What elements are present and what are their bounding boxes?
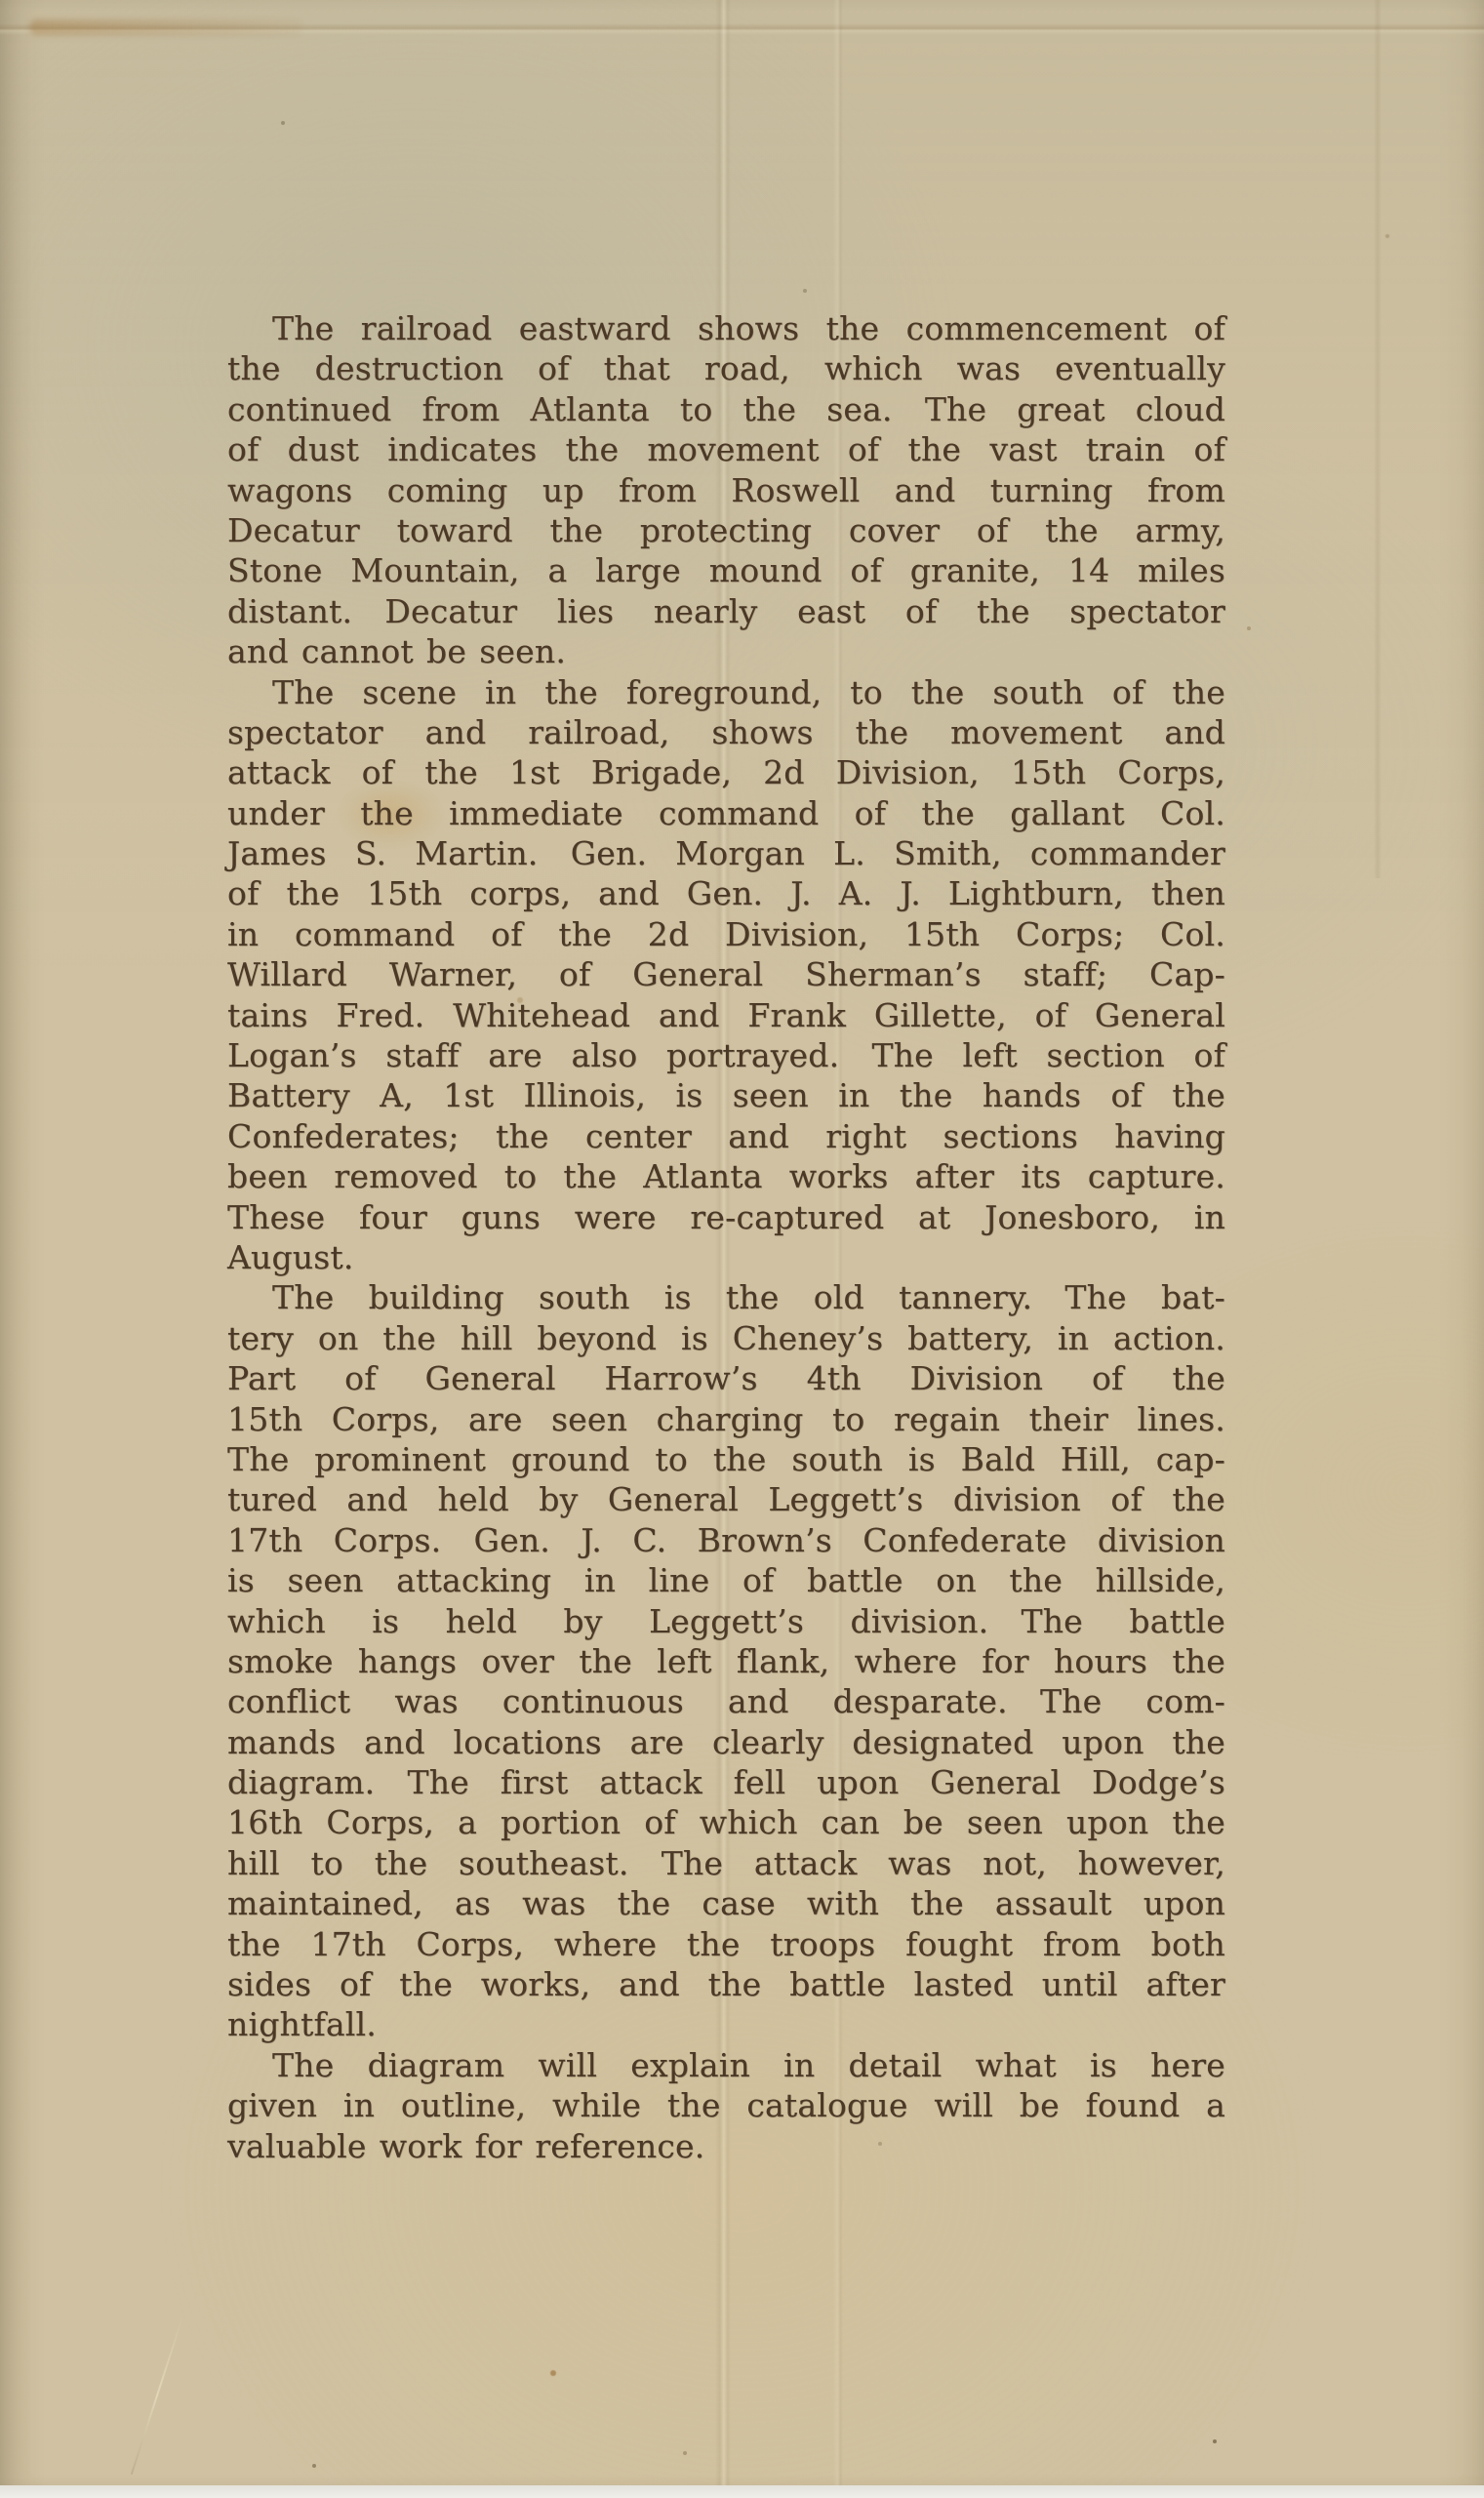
- text-line: the destruction of that road, which was …: [227, 348, 1225, 388]
- text-line: distant. Decatur lies nearly east of the…: [227, 591, 1225, 631]
- text-line: Decatur toward the protecting cover of t…: [227, 510, 1225, 550]
- text-line: under the immediate command of the galla…: [227, 793, 1225, 833]
- text-block: The railroad eastward shows the commence…: [227, 308, 1225, 2166]
- text-line: tured and held by General Leggett’s divi…: [227, 1479, 1225, 1519]
- text-line: 15th Corps, are seen charging to regain …: [227, 1399, 1225, 1439]
- text-line: The prominent ground to the south is Bal…: [227, 1439, 1225, 1479]
- text-line: Battery A, 1st Illinois, is seen in the …: [227, 1075, 1225, 1115]
- stain-top-left: [29, 20, 302, 35]
- text-line: The scene in the foreground, to the sout…: [227, 672, 1225, 712]
- text-line: valuable work for reference.: [227, 2126, 1225, 2166]
- foxing-specks: [0, 0, 4, 4]
- text-line: 16th Corps, a portion of which can be se…: [227, 1802, 1225, 1842]
- text-line: Logan’s staff are also portrayed. The le…: [227, 1035, 1225, 1075]
- text-line: Part of General Harrow’s 4th Division of…: [227, 1358, 1225, 1398]
- text-line: hill to the southeast. The attack was no…: [227, 1843, 1225, 1883]
- text-line: tery on the hill beyond is Cheney’s batt…: [227, 1318, 1225, 1358]
- text-line: James S. Martin. Gen. Morgan L. Smith, c…: [227, 833, 1225, 873]
- paragraph: The building south is the old tannery. T…: [227, 1277, 1225, 2044]
- text-line: Willard Warner, of General Sherman’s sta…: [227, 954, 1225, 994]
- text-line: is seen attacking in line of battle on t…: [227, 1560, 1225, 1600]
- text-line: been removed to the Atlanta works after …: [227, 1156, 1225, 1196]
- text-line: continued from Atlanta to the sea. The g…: [227, 389, 1225, 429]
- text-line: The diagram will explain in detail what …: [227, 2045, 1225, 2085]
- text-line: spectator and railroad, shows the moveme…: [227, 712, 1225, 752]
- text-line: August.: [227, 1237, 1225, 1277]
- text-line: mands and locations are clearly designat…: [227, 1722, 1225, 1762]
- text-line: the 17th Corps, where the troops fought …: [227, 1924, 1225, 1964]
- text-line: which is held by Leggett’s division. The…: [227, 1601, 1225, 1641]
- text-line: Stone Mountain, a large mound of granite…: [227, 550, 1225, 590]
- scanned-page: The railroad eastward shows the commence…: [0, 0, 1484, 2498]
- text-line: nightfall.: [227, 2004, 1225, 2044]
- text-line: Confederates; the center and right secti…: [227, 1116, 1225, 1156]
- text-line: diagram. The first attack fell upon Gene…: [227, 1762, 1225, 1802]
- text-line: smoke hangs over the left flank, where f…: [227, 1641, 1225, 1681]
- text-line: in command of the 2d Division, 15th Corp…: [227, 914, 1225, 954]
- text-line: of dust indicates the movement of the va…: [227, 429, 1225, 469]
- text-line: 17th Corps. Gen. J. C. Brown’s Confedera…: [227, 1520, 1225, 1560]
- scanner-bed: [0, 2485, 1484, 2498]
- text-line: The building south is the old tannery. T…: [227, 1277, 1225, 1317]
- text-line: These four guns were re-captured at Jone…: [227, 1197, 1225, 1237]
- text-line: wagons coming up from Roswell and turnin…: [227, 470, 1225, 510]
- paragraph: The diagram will explain in detail what …: [227, 2045, 1225, 2166]
- text-line: of the 15th corps, and Gen. J. A. J. Lig…: [227, 873, 1225, 913]
- crease-diagonal-bottom-left: [131, 2317, 183, 2475]
- text-line: sides of the works, and the battle laste…: [227, 1964, 1225, 2004]
- text-line: given in outline, while the catalogue wi…: [227, 2085, 1225, 2125]
- text-line: conflict was continuous and desparate. T…: [227, 1681, 1225, 1721]
- text-line: maintained, as was the case with the ass…: [227, 1883, 1225, 1923]
- fold-crease-vertical-right: [1374, 0, 1382, 878]
- text-line: and cannot be seen.: [227, 631, 1225, 671]
- paragraph: The scene in the foreground, to the sout…: [227, 672, 1225, 1278]
- paragraph: The railroad eastward shows the commence…: [227, 308, 1225, 672]
- text-line: tains Fred. Whitehead and Frank Gillette…: [227, 995, 1225, 1035]
- text-line: attack of the 1st Brigade, 2d Division, …: [227, 752, 1225, 792]
- text-line: The railroad eastward shows the commence…: [227, 308, 1225, 348]
- paper-sheet: The railroad eastward shows the commence…: [0, 0, 1484, 2486]
